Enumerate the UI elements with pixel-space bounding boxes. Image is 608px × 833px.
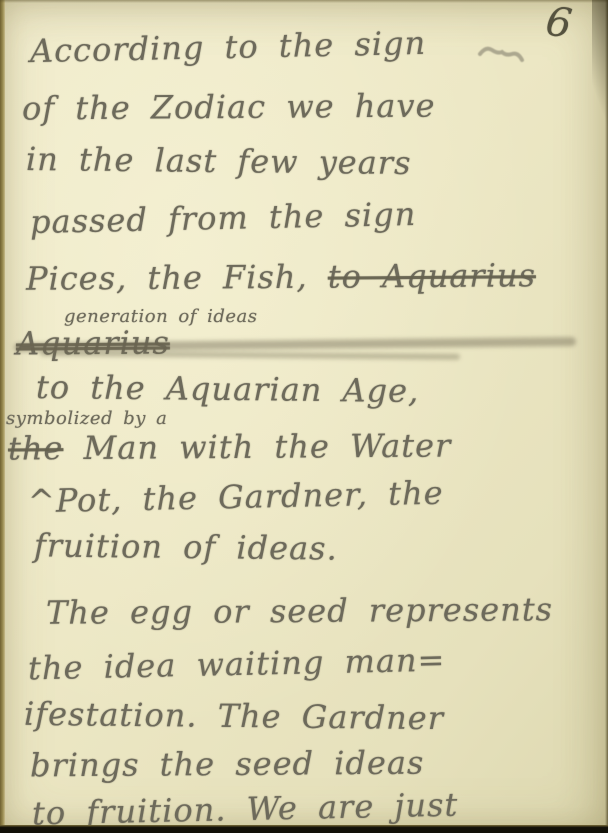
page-number: 6: [543, 0, 575, 48]
interline-insertion-2: symbolized by a: [6, 408, 167, 429]
handwritten-line-13: ifestation. The Gardner: [24, 695, 444, 737]
line-text: to the Aquarian Age,: [36, 368, 420, 410]
handwritten-line-7: to the Aquarian Age,: [36, 368, 420, 410]
handwritten-line-11: The egg or seed represents: [46, 590, 553, 632]
struck-text: to Aquarius: [328, 256, 536, 295]
line-text: passed from the sign: [30, 195, 417, 241]
page-edge-top: [0, 0, 608, 3]
line-text: Man with the Water: [83, 426, 451, 467]
handwritten-line-5: Pices, the Fish, to Aquarius: [26, 256, 536, 298]
handwritten-line-8: the Man with the Water: [8, 426, 452, 467]
line-text: the idea waiting man=: [28, 641, 446, 688]
line-text: ^Pot, the Gardner, the: [28, 474, 444, 521]
struck-text: the: [8, 429, 64, 467]
handwritten-line-9: ^Pot, the Gardner, the: [28, 474, 444, 521]
page-edge-bottom: [0, 825, 608, 833]
line-text: fruition of ideas.: [34, 526, 338, 567]
line-text: According to the sign: [30, 24, 427, 70]
line-text: Pices, the Fish,: [26, 258, 328, 298]
handwritten-line-3: in the last few years: [26, 140, 412, 182]
handwritten-line-12: the idea waiting man=: [28, 641, 446, 688]
handwritten-line-1: According to the sign: [30, 24, 427, 70]
manuscript-page: 6 According to the sign of the Zodiac we…: [0, 0, 608, 833]
line-text: of the Zodiac we have: [22, 87, 436, 128]
handwritten-line-14: brings the seed ideas: [30, 744, 425, 785]
handwritten-line-10: fruition of ideas.: [34, 526, 338, 567]
line-text: brings the seed ideas: [30, 744, 425, 785]
stray-pencil-mark: [478, 40, 524, 68]
handwritten-line-2: of the Zodiac we have: [22, 87, 436, 128]
page-edge-left: [0, 0, 5, 833]
line-text: The egg or seed represents: [46, 590, 553, 632]
handwritten-line-4: passed from the sign: [30, 195, 417, 241]
line-text: ifestation. The Gardner: [24, 695, 444, 737]
page-corner-shadow: [592, 0, 608, 140]
line-text: in the last few years: [26, 140, 412, 182]
